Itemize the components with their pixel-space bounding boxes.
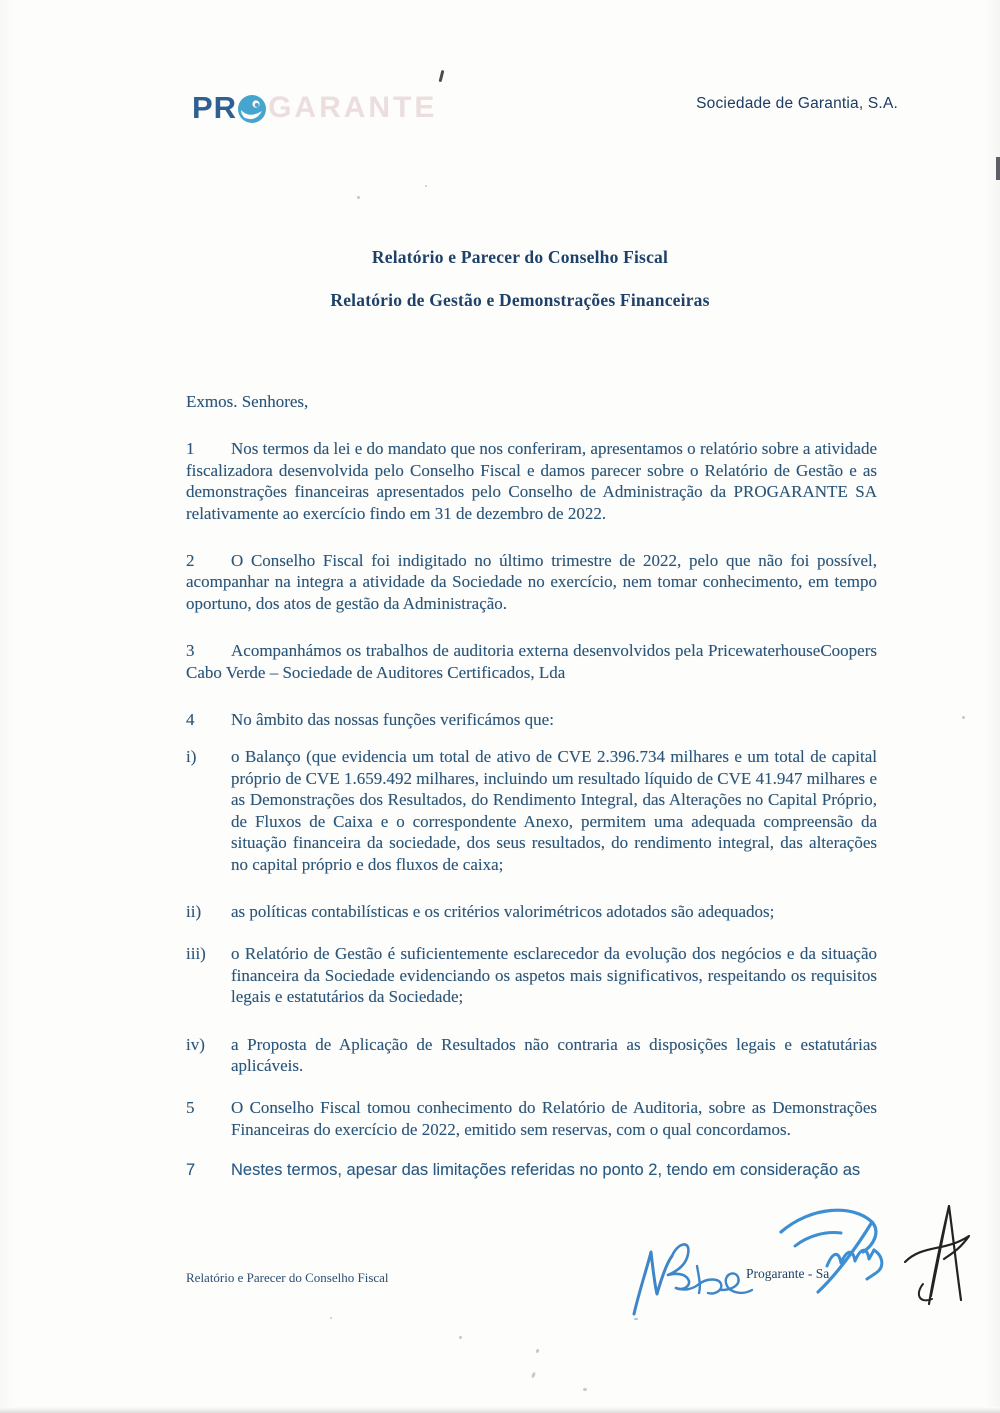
paragraph-2: 2O Conselho Fiscal foi indigitado no últ… (186, 550, 877, 614)
paragraph-text: Nestes termos, apesar das limitações ref… (231, 1160, 877, 1181)
paragraph-text: O Conselho Fiscal tomou conhecimento do … (231, 1097, 877, 1140)
item-iv: iv) a Proposta de Aplicação de Resultado… (186, 1034, 877, 1077)
item-text: as políticas contabilísticas e os critér… (231, 901, 877, 922)
paragraph-marker: 3 (186, 640, 231, 661)
paragraph-marker: 5 (186, 1097, 231, 1140)
footer-document-title: Relatório e Parecer do Conselho Fiscal (186, 1270, 389, 1286)
paragraph-7: 7 Nestes termos, apesar das limitações r… (186, 1160, 877, 1181)
paragraph-text: Acompanhámos os trabalhos de auditoria e… (186, 641, 877, 681)
paragraph-text: O Conselho Fiscal foi indigitado no últi… (186, 551, 877, 613)
paragraph-marker: 2 (186, 550, 231, 571)
progarante-logo: PR GARANTE (192, 90, 437, 126)
black-handwritten-signature (893, 1198, 979, 1310)
scanned-document-page: PR GARANTE Sociedade de Garantia, S.A. R… (0, 0, 1000, 1413)
paragraph-marker: 4 (186, 709, 231, 730)
scan-speck (357, 196, 360, 199)
scan-speck (962, 716, 965, 719)
scan-speck (535, 1349, 540, 1354)
logo-swoosh-o-icon (237, 94, 267, 124)
item-text: o Relatório de Gestão é suficientemente … (231, 943, 877, 1007)
item-text: o Balanço (que evidencia um total de ati… (231, 746, 877, 874)
item-marker: iv) (186, 1034, 231, 1077)
item-i: i) o Balanço (que evidencia um total de … (186, 746, 877, 874)
scan-edge-artifact (996, 157, 1000, 180)
scan-artifact-mark (439, 70, 444, 82)
company-name: Sociedade de Garantia, S.A. (696, 95, 898, 113)
paragraph-marker: 1 (186, 438, 231, 459)
scan-speck (583, 1388, 587, 1391)
scan-speck (425, 185, 427, 187)
paragraph-5: 5 O Conselho Fiscal tomou conhecimento d… (186, 1097, 877, 1140)
scan-speck (634, 1318, 638, 1320)
logo-pro-text: PR (192, 90, 237, 126)
scan-speck (459, 1336, 462, 1339)
paragraph-4: 4 No âmbito das nossas funções verificám… (186, 709, 877, 730)
blue-handwritten-signature (628, 1228, 760, 1324)
title-block: Relatório e Parecer do Conselho Fiscal R… (40, 247, 1000, 333)
paragraph-text: Nos termos da lei e do mandato que nos c… (186, 439, 877, 522)
item-marker: i) (186, 746, 231, 874)
paragraph-marker: 7 (186, 1160, 231, 1181)
logo-garante-text: GARANTE (268, 91, 437, 125)
paragraph-1: 1Nos termos da lei e do mandato que nos … (186, 438, 877, 524)
scan-speck (531, 1372, 536, 1379)
item-iii: iii) o Relatório de Gestão é suficientem… (186, 943, 877, 1007)
document-title: Relatório e Parecer do Conselho Fiscal (40, 247, 1000, 268)
document-subtitle: Relatório de Gestão e Demonstrações Fina… (40, 290, 1000, 311)
paragraph-text: No âmbito das nossas funções verificámos… (231, 709, 877, 730)
item-ii: ii) as políticas contabilísticas e os cr… (186, 901, 877, 922)
document-body: Exmos. Senhores, 1Nos termos da lei e do… (186, 391, 877, 1182)
paragraph-3: 3Acompanhámos os trabalhos de auditoria … (186, 640, 877, 683)
scan-bottom-edge (0, 1407, 1000, 1413)
salutation: Exmos. Senhores, (186, 391, 877, 412)
item-text: a Proposta de Aplicação de Resultados nã… (231, 1034, 877, 1077)
scan-speck (330, 1317, 332, 1319)
item-marker: iii) (186, 943, 231, 1007)
item-marker: ii) (186, 901, 231, 922)
